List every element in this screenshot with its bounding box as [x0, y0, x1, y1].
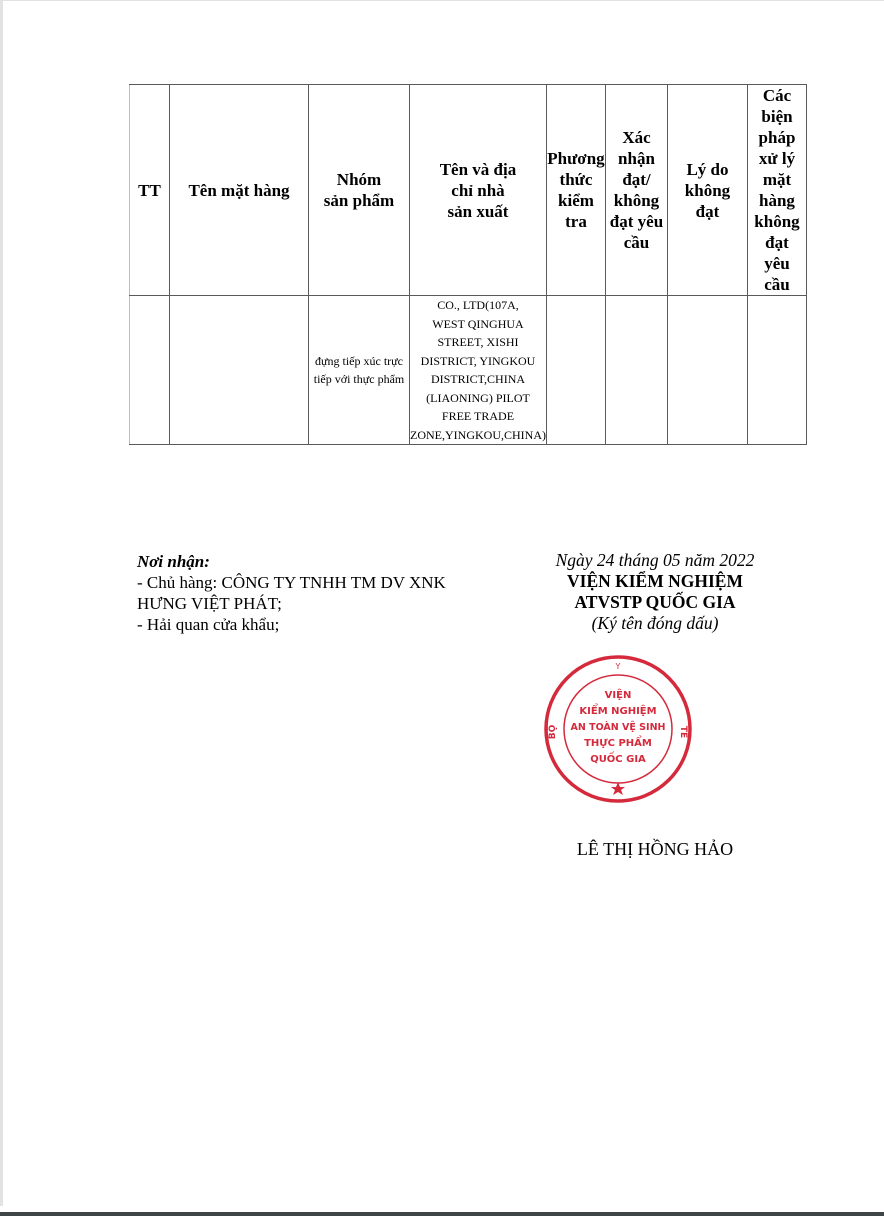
bottom-bar [0, 1212, 884, 1216]
page-edge-left [0, 0, 3, 1206]
header-item-name: Tên mặt hàng [170, 85, 309, 296]
header-reason: Lý dokhôngđạt [667, 85, 747, 296]
page-edge-top [0, 0, 884, 1]
official-stamp: Y BỘ TẾ VIỆNKIỂM NGHIỆMAN TOÀN VỆ SINHTH… [543, 654, 693, 804]
header-confirmation: Xácnhậnđạt/khôngđạt yêucầu [605, 85, 667, 296]
cell-product-group: đựng tiếp xúc trựctiếp với thực phẩm [309, 296, 410, 445]
table-header-row: TTTên mặt hàngNhómsản phẩmTên và địachỉ … [130, 85, 807, 296]
cell-confirmation [605, 296, 667, 445]
cell-manufacturer: CO., LTD(107A,WEST QINGHUASTREET, XISHID… [410, 296, 547, 445]
header-tt: TT [130, 85, 170, 296]
svg-text:THỰC PHẨM: THỰC PHẨM [584, 734, 652, 749]
signature-date: Ngày 24 tháng 05 năm 2022 [525, 550, 785, 571]
header-product-group: Nhómsản phẩm [309, 85, 410, 296]
header-manufacturer: Tên và địachỉ nhàsản xuất [410, 85, 547, 296]
header-measures: Cácbiệnphápxử lýmặthàngkhôngđạtyêucầu [747, 85, 806, 296]
cell-tt [130, 296, 170, 445]
svg-text:BỘ: BỘ [547, 724, 558, 739]
cell-reason [667, 296, 747, 445]
cell-method [546, 296, 605, 445]
recipient-line: - Hải quan cửa khẩu; [137, 614, 446, 635]
inspection-table: TTTên mặt hàngNhómsản phẩmTên và địachỉ … [129, 84, 807, 445]
svg-text:Y: Y [615, 662, 621, 671]
svg-text:KIỂM NGHIỆM: KIỂM NGHIỆM [579, 702, 656, 717]
signature-org-line1: VIỆN KIỂM NGHIỆM [525, 571, 785, 592]
signature-block: Ngày 24 tháng 05 năm 2022 VIỆN KIỂM NGHI… [525, 550, 785, 634]
recipient-line: - Chủ hàng: CÔNG TY TNHH TM DV XNK [137, 572, 446, 593]
recipients-block: Nơi nhận: - Chủ hàng: CÔNG TY TNHH TM DV… [137, 551, 446, 635]
signature-note: (Ký tên đóng dấu) [525, 613, 785, 634]
cell-measures [747, 296, 806, 445]
signature-org-line2: ATVSTP QUỐC GIA [525, 592, 785, 613]
header-method: Phươngthứckiểmtra [546, 85, 605, 296]
svg-text:QUỐC GIA: QUỐC GIA [590, 750, 646, 765]
svg-text:VIỆN: VIỆN [605, 688, 632, 701]
recipient-line: HƯNG VIỆT PHÁT; [137, 593, 446, 614]
signer-name: LÊ THỊ HỒNG HẢO [525, 838, 785, 860]
svg-text:AN TOÀN VỆ SINH: AN TOÀN VỆ SINH [571, 721, 666, 733]
recipients-title: Nơi nhận: [137, 551, 446, 572]
star-icon [611, 782, 625, 795]
cell-item-name [170, 296, 309, 445]
table-row: đựng tiếp xúc trựctiếp với thực phẩm CO.… [130, 296, 807, 445]
